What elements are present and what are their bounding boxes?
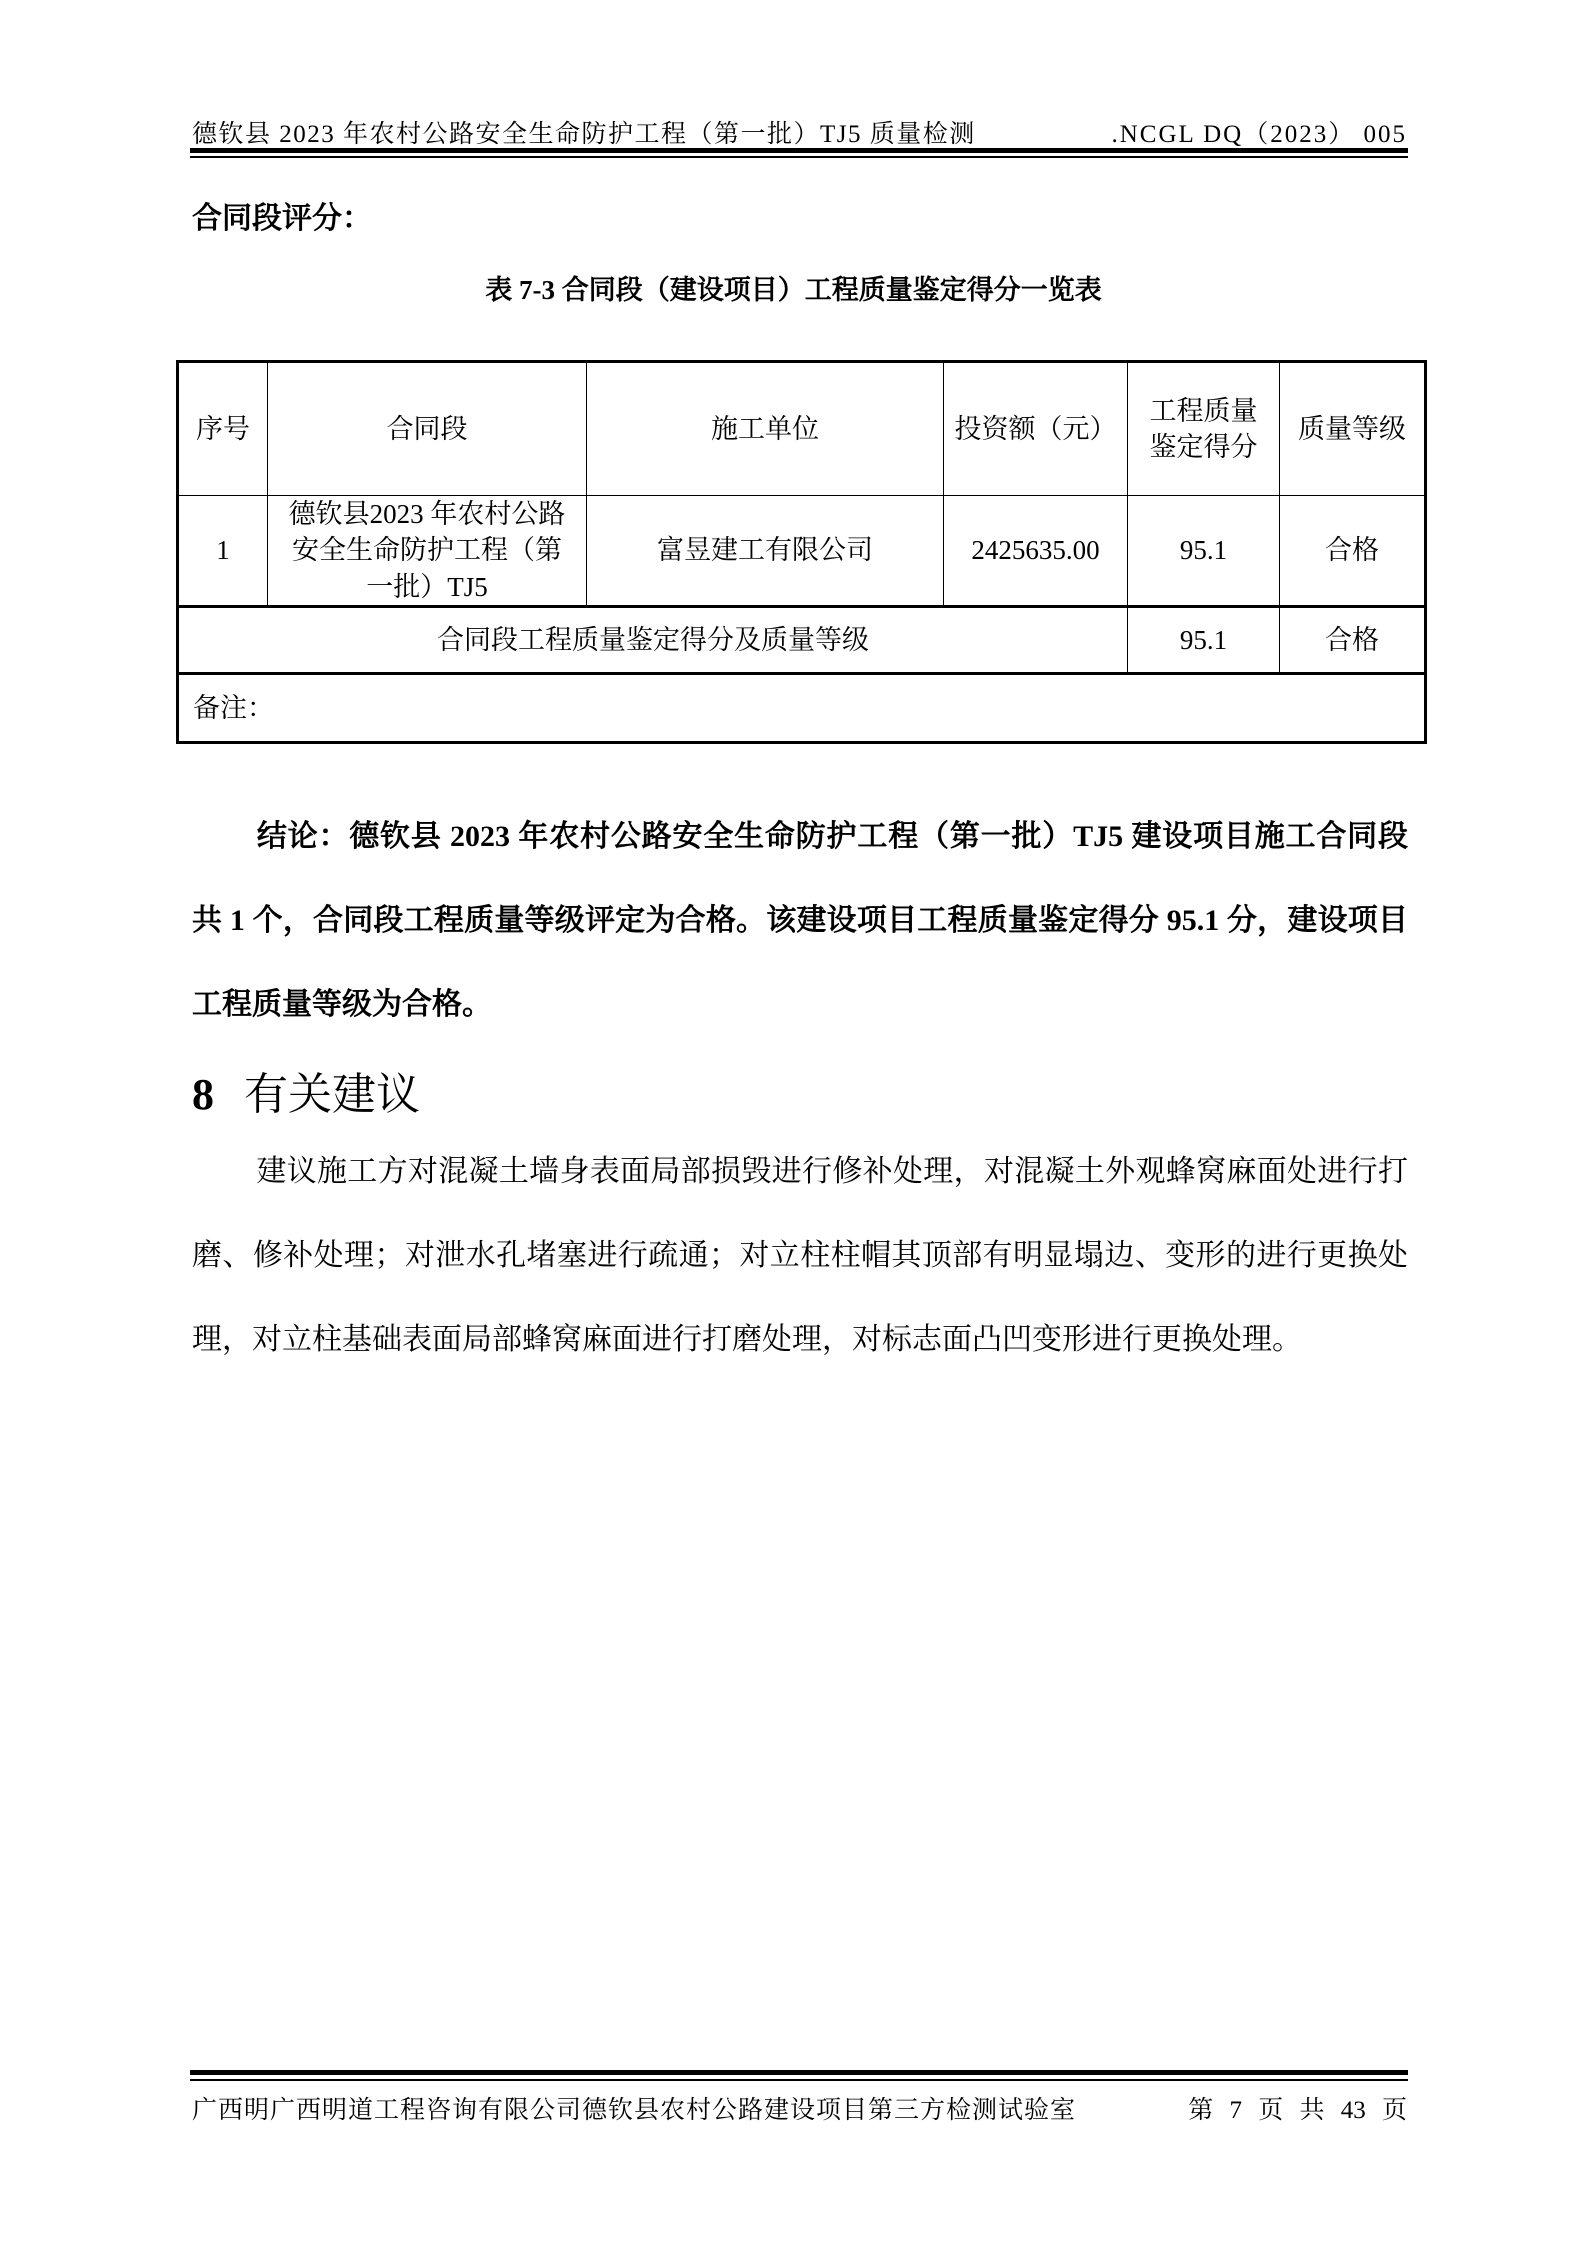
conclusion-paragraph: 结论：德钦县 2023 年农村公路安全生命防护工程（第一批）TJ5 建设项目施工… (192, 795, 1408, 1047)
section-8-title: 有关建议 (244, 1070, 420, 1119)
header-rule-thin (190, 156, 1408, 158)
footer-organization: 广西明广西明道工程咨询有限公司德钦县农村公路建设项目第三方检测试验室 (192, 2090, 1076, 2126)
cell-section-line2: 安全生命防护工程（第 (272, 532, 582, 568)
header-rule-thick (190, 148, 1408, 153)
column-header-section: 合同段 (268, 362, 587, 496)
table-note-row: 备注： (178, 674, 1426, 743)
section-label: 合同段评分： (192, 193, 372, 237)
summary-label: 合同段工程质量鉴定得分及质量等级 (178, 607, 1128, 674)
header-doc-code: .NCGL DQ（2023） 005 (1112, 114, 1408, 150)
column-header-grade: 质量等级 (1280, 362, 1426, 496)
table-header-row: 序号 合同段 施工单位 投资额（元） 工程质量 鉴定得分 质量等级 (178, 362, 1426, 496)
footer-page-info: 第 7 页 共 43 页 (1188, 2090, 1407, 2126)
score-table: 序号 合同段 施工单位 投资额（元） 工程质量 鉴定得分 质量等级 1 德钦县2… (176, 360, 1427, 744)
summary-grade: 合格 (1280, 607, 1426, 674)
table-summary-row: 合同段工程质量鉴定得分及质量等级 95.1 合格 (178, 607, 1426, 674)
cell-grade: 合格 (1280, 496, 1426, 607)
column-header-score-line1: 工程质量 (1132, 393, 1275, 429)
recommendation-paragraph: 建议施工方对混凝土墙身表面局部损毁进行修补处理，对混凝土外观蜂窝麻面处进行打磨、… (192, 1130, 1408, 1382)
summary-score: 95.1 (1128, 607, 1280, 674)
cell-section: 德钦县2023 年农村公路 安全生命防护工程（第 一批）TJ5 (268, 496, 587, 607)
header-title: 德钦县 2023 年农村公路安全生命防护工程（第一批）TJ5 质量检测 (192, 114, 976, 150)
column-header-contractor: 施工单位 (587, 362, 944, 496)
footer-rule-thin (190, 2079, 1408, 2081)
cell-investment: 2425635.00 (944, 496, 1128, 607)
cell-index: 1 (178, 496, 268, 607)
section-8-number: 8 (192, 1070, 214, 1119)
recommendation-text: 建议施工方对混凝土墙身表面局部损毁进行修补处理，对混凝土外观蜂窝麻面处进行打磨、… (192, 1155, 1408, 1356)
table-row: 1 德钦县2023 年农村公路 安全生命防护工程（第 一批）TJ5 富昱建工有限… (178, 496, 1426, 607)
note-label: 备注： (178, 674, 1426, 743)
cell-section-line1: 德钦县2023 年农村公路 (272, 496, 582, 532)
column-header-index: 序号 (178, 362, 268, 496)
cell-contractor: 富昱建工有限公司 (587, 496, 944, 607)
footer-rule-thick (190, 2070, 1408, 2075)
column-header-score: 工程质量 鉴定得分 (1128, 362, 1280, 496)
column-header-score-line2: 鉴定得分 (1132, 429, 1275, 465)
cell-section-line3: 一批）TJ5 (272, 569, 582, 605)
conclusion-text: 结论：德钦县 2023 年农村公路安全生命防护工程（第一批）TJ5 建设项目施工… (192, 820, 1408, 1021)
cell-score: 95.1 (1128, 496, 1280, 607)
table-caption: 表 7-3 合同段（建设项目）工程质量鉴定得分一览表 (0, 268, 1587, 307)
column-header-investment: 投资额（元） (944, 362, 1128, 496)
section-8-heading: 8有关建议 (192, 1058, 420, 1122)
